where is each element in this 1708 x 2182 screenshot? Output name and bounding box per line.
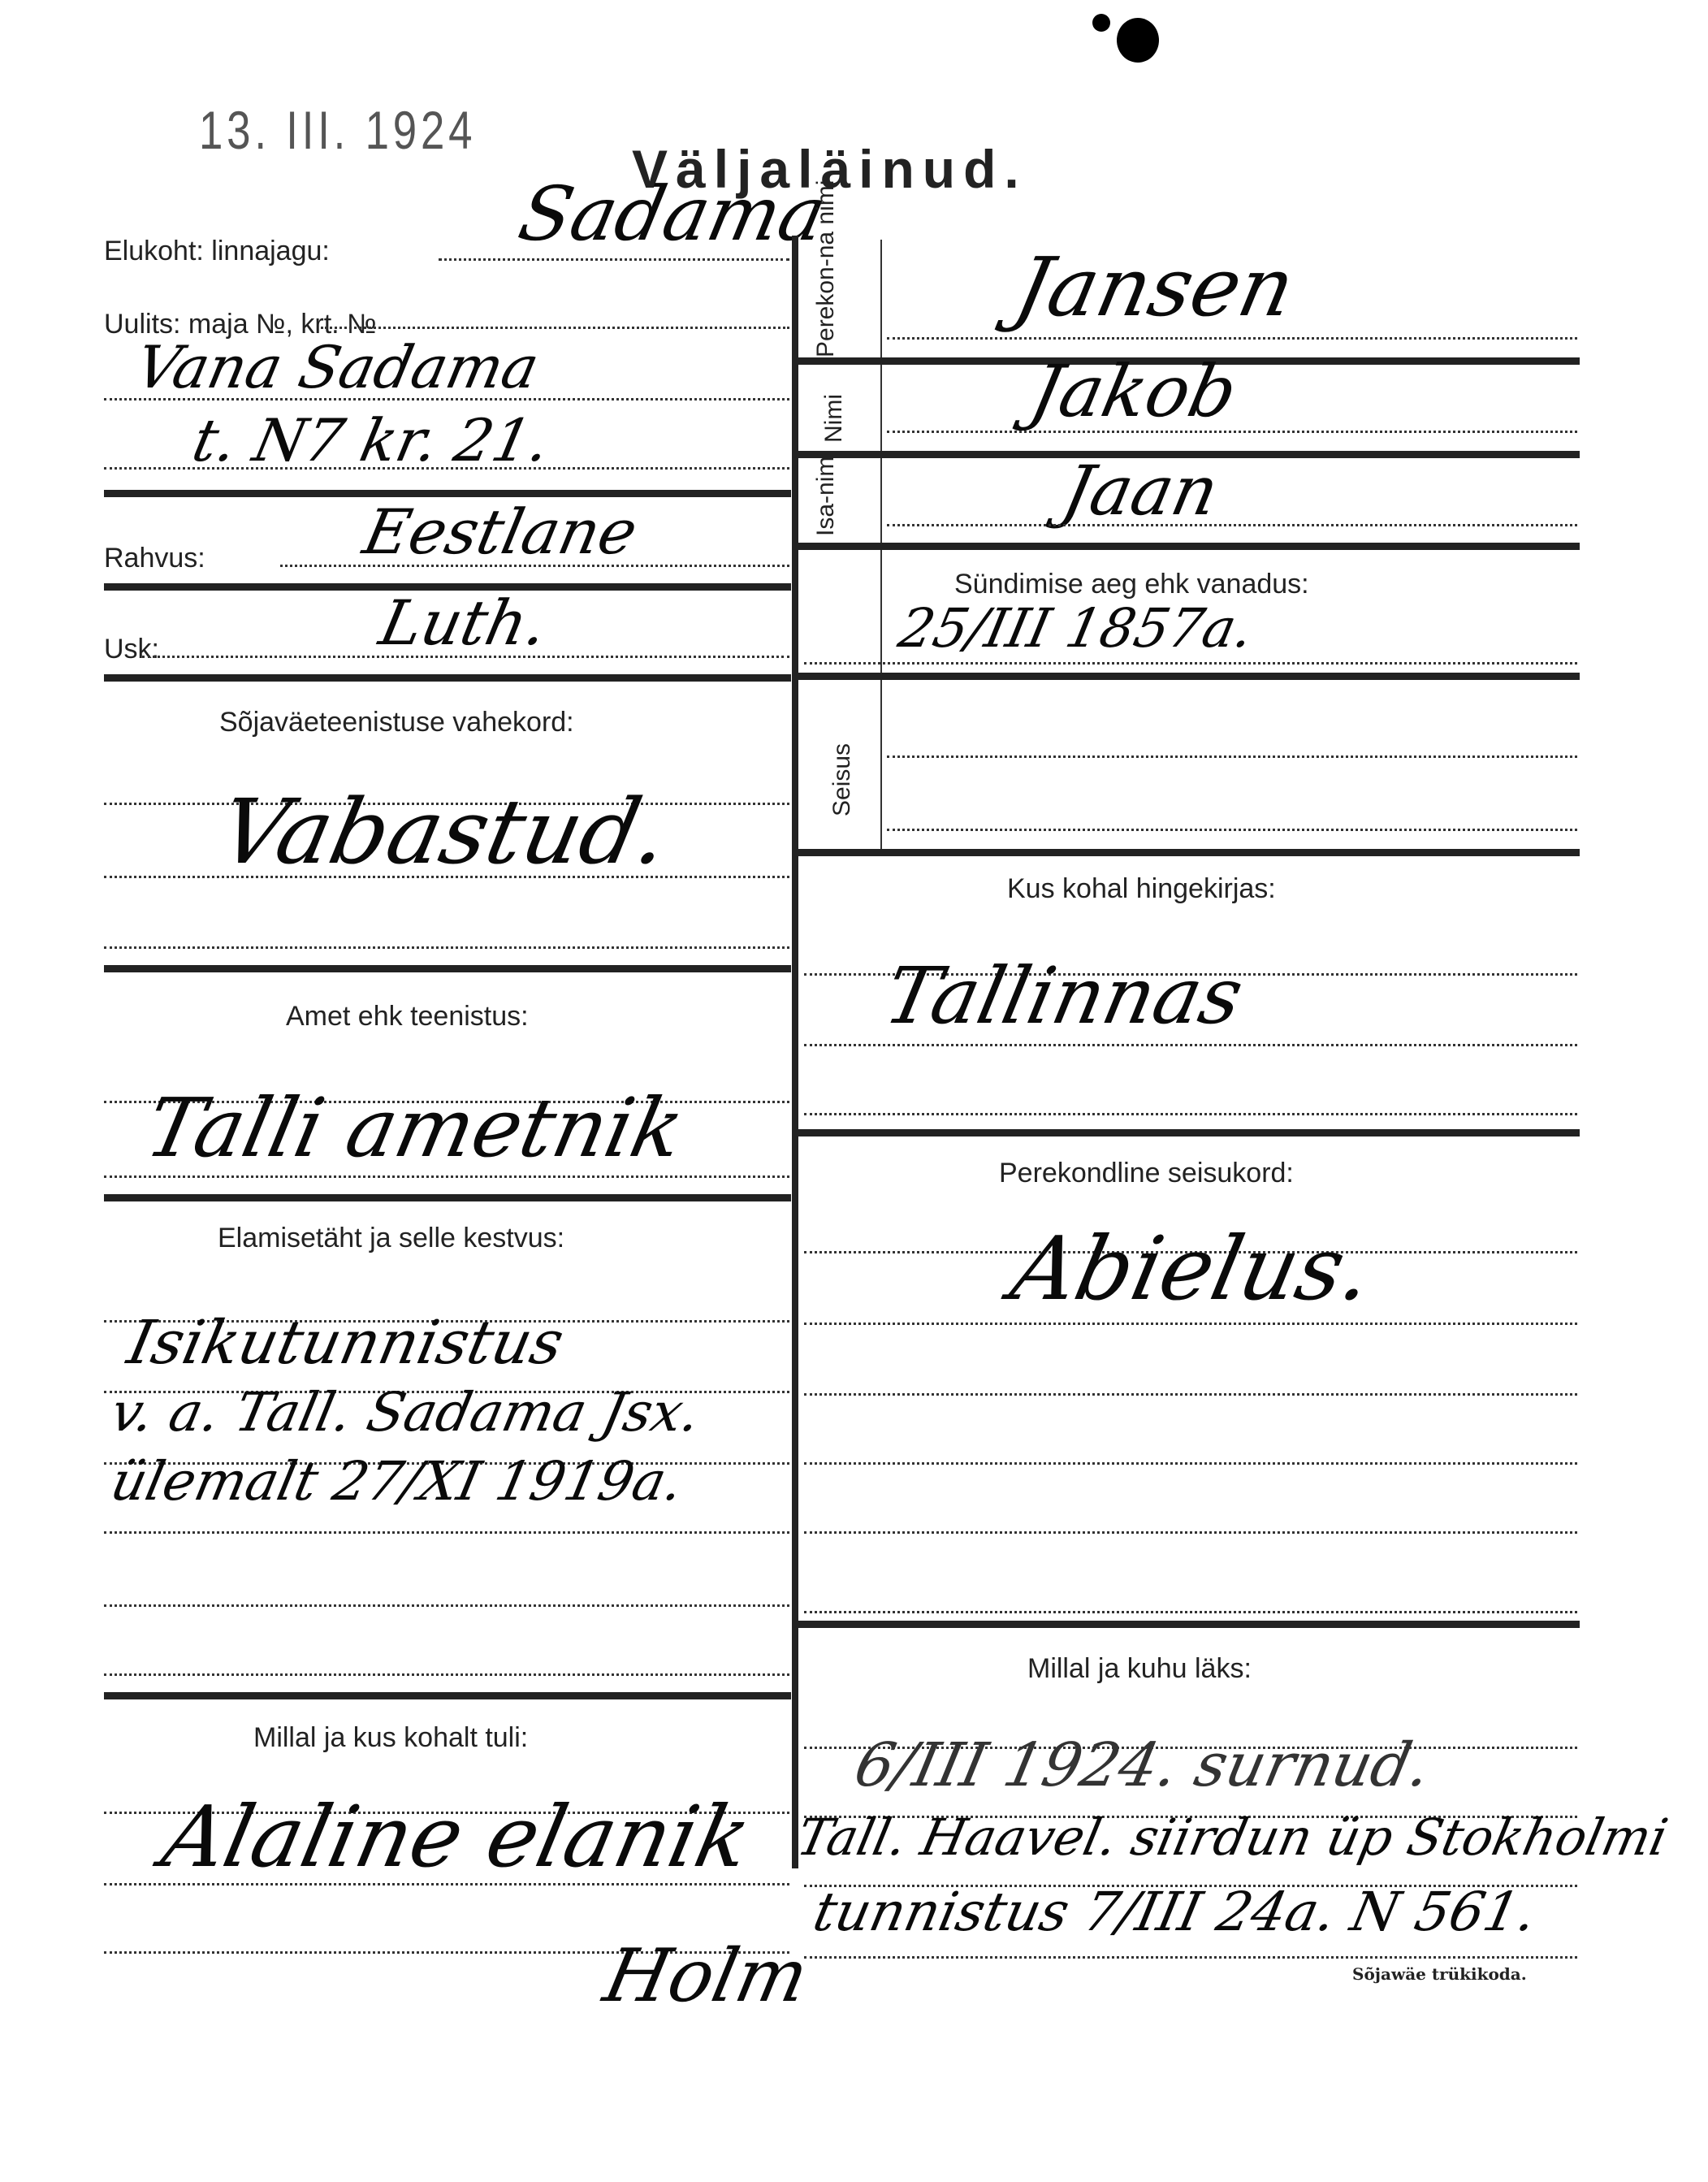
nimi-value: Jakob [1023, 349, 1244, 433]
perekondline-line-3 [804, 1393, 1577, 1396]
perekonnanimi-line [887, 337, 1577, 340]
uulits-value-1: Vana Sadama [130, 333, 545, 401]
hingekiri-value: Tallinnas [877, 950, 1251, 1041]
uulits-value-2: t. N7 kr. 21. [187, 406, 556, 474]
ink-blot [1092, 14, 1110, 32]
rahvus-line [280, 565, 789, 567]
nimi-line [887, 431, 1577, 433]
hingekiri-line-3 [804, 1113, 1577, 1115]
perekonnanimi-label: Perekon-na nimi [812, 236, 839, 357]
nimi-label: Nimi [820, 394, 847, 443]
section-rule [798, 673, 1580, 680]
synnimise-label: Sündimise aeg ehk vanadus: [954, 569, 1309, 600]
column-divider [792, 236, 798, 1868]
ink-blot [1117, 18, 1159, 63]
usk-line [142, 656, 789, 658]
handwritten-district: Sadama [512, 171, 833, 258]
perekondline-value: Abielus. [1003, 1219, 1382, 1320]
section-rule [104, 1692, 791, 1699]
tuli-line-2 [104, 1883, 789, 1885]
hingekiri-line-2 [804, 1044, 1577, 1046]
laks-value-2: Tall. Haavel. siirdun üp Stokholmi [792, 1808, 1673, 1867]
elamisetaht-line-6 [104, 1673, 789, 1676]
elukoht-line [439, 258, 789, 261]
perekondline-line-6 [804, 1611, 1577, 1613]
laks-value-1: 6/III 1924. surnud. [849, 1730, 1437, 1800]
synnimise-line [804, 662, 1577, 665]
elamisetaht-value-3: ülemalt 27/XI 1919a. [106, 1450, 689, 1513]
printer-imprint: Sõjawäe trükikoda. [1352, 1964, 1527, 1984]
date-stamp: 13. III. 1924 [199, 99, 476, 161]
seisus-label: Seisus [828, 743, 855, 816]
section-rule [104, 1194, 791, 1201]
section-rule [798, 1129, 1580, 1136]
laks-line-4 [804, 1956, 1577, 1959]
uulits-line-2 [104, 398, 789, 400]
seisus-line [887, 755, 1577, 758]
usk-value: Luth. [374, 587, 554, 659]
perekondline-line-4 [804, 1462, 1577, 1465]
uulits-line [321, 327, 789, 329]
perekonnanimi-value: Jansen [1007, 240, 1303, 335]
sojavae-value: Vabastud. [211, 780, 678, 884]
elamisetaht-value-2: v. a. Tall. Sadama Jsx. [106, 1381, 706, 1444]
isanimi-value: Jaan [1056, 451, 1226, 530]
label-column-divider [880, 680, 882, 851]
amet-line-2 [104, 1175, 789, 1178]
signature: Holm [597, 1933, 815, 2019]
usk-label: Usk: [104, 634, 159, 665]
synnimise-value: 25/III 1857a. [893, 597, 1259, 660]
rahvus-label: Rahvus: [104, 543, 205, 574]
perekondline-line-5 [804, 1531, 1577, 1534]
isanimi-label: Isa-nimi [812, 455, 839, 536]
amet-label: Amet ehk teenistus: [286, 1001, 529, 1033]
rahvus-value: Eestlane [357, 496, 643, 568]
section-rule [104, 674, 791, 682]
hingekiri-label: Kus kohal hingekirjas: [1007, 873, 1276, 905]
section-rule [798, 1621, 1580, 1628]
elukoht-label: Elukoht: linnajagu: [104, 236, 330, 267]
elamisetaht-value-1: Isikutunnistus [122, 1308, 569, 1378]
isanimi-line [887, 524, 1577, 526]
seisus-line-2 [887, 829, 1577, 831]
laks-label: Millal ja kuhu läks: [1027, 1653, 1252, 1685]
elamisetaht-line-5 [104, 1604, 789, 1607]
sojavae-line-3 [104, 946, 789, 949]
sojavae-line-2 [104, 876, 789, 878]
perekondline-line-2 [804, 1323, 1577, 1325]
amet-value: Talli ametnik [138, 1080, 692, 1175]
elamisetaht-label: Elamisetäht ja selle kestvus: [218, 1223, 564, 1254]
uulits-line-3 [104, 467, 789, 470]
sojavae-label: Sõjaväeteenistuse vahekord: [219, 707, 574, 738]
tuli-value: Alaline elanik [154, 1787, 759, 1886]
section-rule [798, 849, 1580, 856]
tuli-label: Millal ja kus kohalt tuli: [253, 1722, 528, 1754]
section-rule [104, 965, 791, 972]
elamisetaht-line-4 [104, 1531, 789, 1534]
perekondline-label: Perekondline seisukord: [999, 1158, 1294, 1189]
section-rule [798, 543, 1580, 550]
laks-value-3: tunnistus 7/III 24a. N 561. [808, 1881, 1542, 1943]
